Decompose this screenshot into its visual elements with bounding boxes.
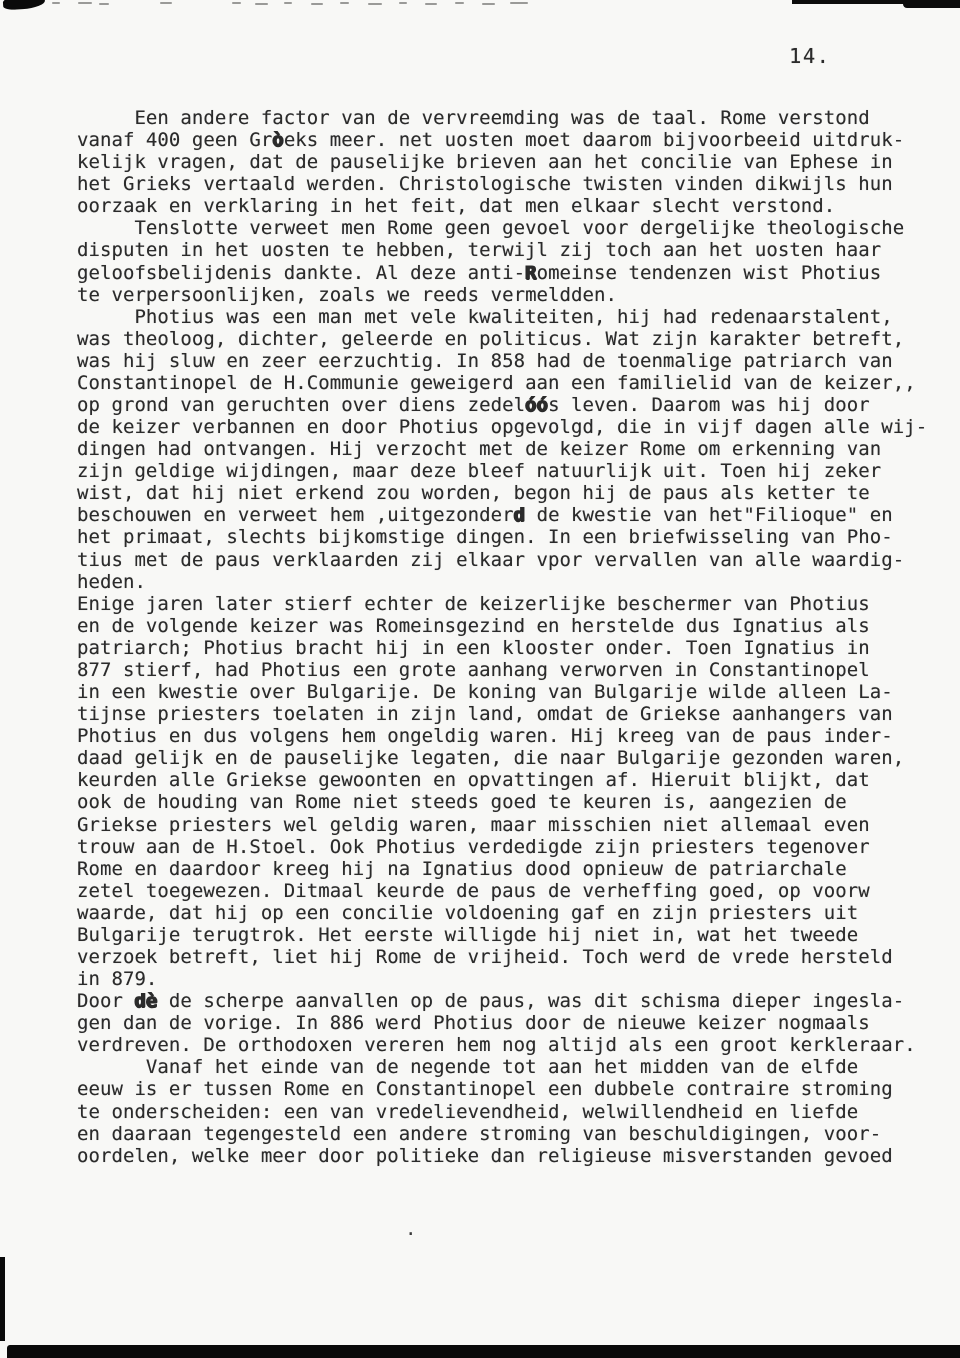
scanned-page: 14. Een andere factor van de vervreemdin…	[0, 0, 960, 1358]
text-line: dingen had ontvangen. Hij verzocht met d…	[77, 438, 927, 460]
text-line: was hij sluw en zeer eerzuchtig. In 858 …	[77, 350, 927, 372]
text-line: tijnse priesters toelaten in zijn land, …	[77, 703, 927, 725]
ink-smudge-top-left	[3, 0, 46, 10]
scan-dash	[368, 3, 382, 5]
text-line: oordelen, welke meer door politieke dan …	[77, 1145, 927, 1167]
overstruck-text: dè	[134, 990, 157, 1012]
text-segment: de scherpe aanvallen op de paus, was dit…	[157, 990, 904, 1012]
text-line: heden.	[77, 571, 927, 593]
text-segment: eks meer. net uosten moet daarom bijvoor…	[284, 129, 904, 151]
text-line: Photius en dus volgens hem ongeldig ware…	[77, 725, 927, 747]
text-line: Tenslotte verweet men Rome geen gevoel v…	[77, 217, 927, 239]
text-line: beschouwen en verweet hem ,uitgezonderd …	[77, 504, 927, 526]
scan-dash	[482, 3, 495, 5]
scan-dash	[160, 2, 172, 4]
scan-dash	[311, 3, 323, 5]
ink-blob-top-right-corner	[903, 0, 960, 8]
scan-dash	[399, 2, 407, 4]
text-line: vanaf 400 geen Gròeks meer. net uosten m…	[77, 129, 927, 151]
text-segment: de kwestie van het"Filioque" en	[525, 504, 893, 526]
scan-dash	[455, 2, 464, 4]
text-line: Photius was een man met vele kwaliteiten…	[77, 306, 927, 328]
scan-dash	[284, 2, 292, 4]
text-line: Enige jaren later stierf echter de keize…	[77, 593, 927, 615]
text-line: en daaraan tegengesteld een andere strom…	[77, 1123, 927, 1145]
text-segment: omeinse tendenzen wist Photius	[537, 262, 882, 284]
text-line: verdreven. De orthodoxen vereren hem nog…	[77, 1034, 927, 1056]
text-line: 877 stierf, had Photius een grote aanhan…	[77, 659, 927, 681]
text-line: daad gelijk en de pauselijke legaten, di…	[77, 747, 927, 769]
document-text: Een andere factor van de vervreemding wa…	[77, 107, 927, 1167]
text-line: ook de houding van Rome niet steeds goed…	[77, 791, 927, 813]
text-line: Bulgarije terugtrok. Het eerste willigde…	[77, 924, 927, 946]
overstruck-text: ò	[272, 129, 284, 151]
text-line: was theoloog, dichter, geleerde en polit…	[77, 328, 927, 350]
scan-dash	[340, 2, 349, 4]
overstruck-text: d	[514, 504, 526, 526]
text-line: en de volgende keizer was Romeinsgezind …	[77, 615, 927, 637]
text-line: te onderscheiden: een van vredelievendhe…	[77, 1101, 927, 1123]
overstruck-text: óó	[525, 394, 548, 416]
text-line: in 879.	[77, 968, 927, 990]
text-segment: Door	[77, 990, 134, 1012]
text-segment: geloofsbelijdenis dankte. Al deze anti-	[77, 262, 525, 284]
text-line: zijn geldige wijdingen, maar deze bleef …	[77, 460, 927, 482]
scan-dash	[78, 2, 92, 4]
text-line: Een andere factor van de vervreemding wa…	[77, 107, 927, 129]
scan-dash	[510, 2, 528, 4]
text-line: oorzaak en verklaring in het feit, dat m…	[77, 195, 927, 217]
stray-ink-dot: .	[405, 1218, 416, 1240]
text-line: trouw aan de H.Stoel. Ook Photius verded…	[77, 836, 927, 858]
text-line: op grond van geruchten over diens zedeló…	[77, 394, 927, 416]
text-line: tius met de paus verklaarden zij elkaar …	[77, 549, 927, 571]
overstruck-text: R	[525, 262, 537, 284]
text-line: wist, dat hij niet erkend zou worden, be…	[77, 482, 927, 504]
text-line: het primaat, slechts bijkomstige dingen.…	[77, 526, 927, 548]
text-line: het Grieks vertaald werden. Christologis…	[77, 173, 927, 195]
text-line: Vanaf het einde van de negende tot aan h…	[77, 1056, 927, 1078]
text-line: zetel toegewezen. Ditmaal keurde de paus…	[77, 880, 927, 902]
text-line: Constantinopel de H.Communie geweigerd a…	[77, 372, 927, 394]
text-segment: beschouwen en verweet hem ,uitgezonder	[77, 504, 514, 526]
text-line: de keizer verbannen en door Photius opge…	[77, 416, 927, 438]
text-line: waarde, dat hij op een concilie voldoeni…	[77, 902, 927, 924]
text-line: geloofsbelijdenis dankte. Al deze anti-R…	[77, 262, 927, 284]
text-line: kelijk vragen, dat de pauselijke brieven…	[77, 151, 927, 173]
text-line: Griekse priesters wel geldig waren, maar…	[77, 814, 927, 836]
scan-dash	[255, 3, 268, 5]
text-line: gen dan de vorige. In 886 werd Photius d…	[77, 1012, 927, 1034]
text-line: in een kwestie over Bulgarije. De koning…	[77, 681, 927, 703]
text-line: eeuw is er tussen Rome en Constantinopel…	[77, 1078, 927, 1100]
text-line: patriarch; Photius bracht hij in een klo…	[77, 637, 927, 659]
text-segment: vanaf 400 geen Gr	[77, 129, 272, 151]
text-line: verzoek betreft, liet hij Rome de vrijhe…	[77, 946, 927, 968]
text-segment: s leven. Daarom was hij door	[548, 394, 870, 416]
page-number: 14.	[789, 44, 831, 68]
ink-bar-bottom-left-edge	[0, 1257, 5, 1341]
text-line: Door dè de scherpe aanvallen op de paus,…	[77, 990, 927, 1012]
text-line: disputen in het uosten te hebben, terwij…	[77, 239, 927, 261]
scan-dash	[99, 3, 109, 5]
ink-bar-bottom-edge	[7, 1345, 960, 1358]
text-segment: op grond van geruchten over diens zedel	[77, 394, 525, 416]
scan-dash	[52, 2, 60, 4]
scan-dash	[232, 2, 241, 4]
text-line: Rome en daardoor kreeg hij na Ignatius d…	[77, 858, 927, 880]
scan-dash	[425, 3, 437, 5]
text-line: keurden alle Griekse gewoonten en opvatt…	[77, 769, 927, 791]
text-line: te verpersoonlijken, zoals we reeds verm…	[77, 284, 927, 306]
